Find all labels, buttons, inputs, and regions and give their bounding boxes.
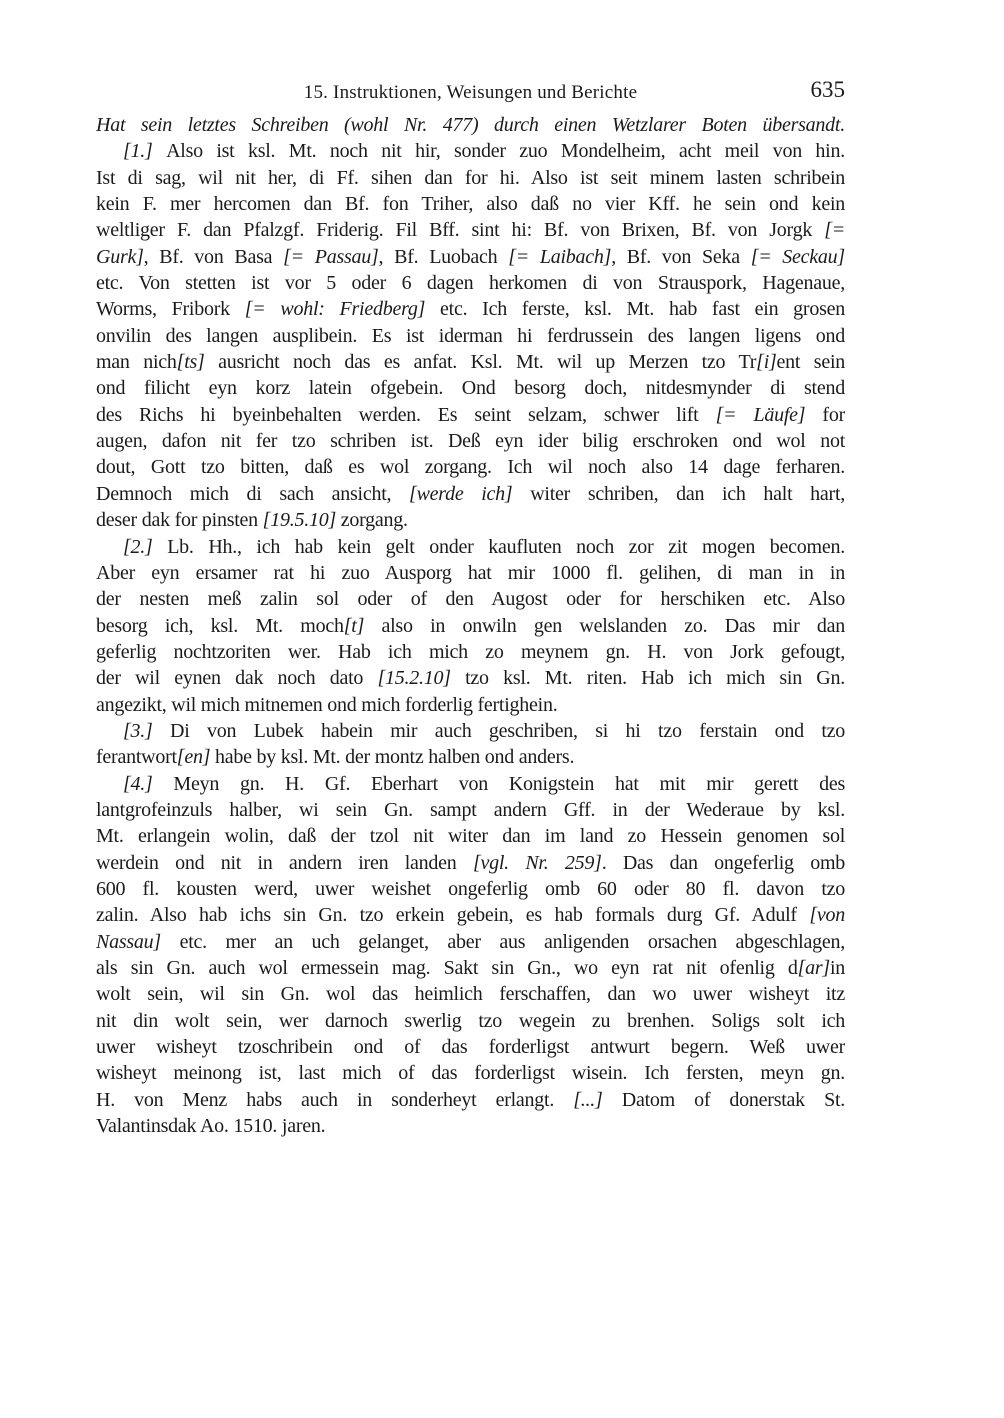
text-line: angezikt, wil mich mitnemen ond mich for… bbox=[96, 692, 845, 718]
text-line: Ist di sag, wil nit her, di Ff. sihen da… bbox=[96, 165, 845, 191]
text-line: der wil eynen dak noch dato [15.2.10] tz… bbox=[96, 665, 845, 691]
page-number: 635 bbox=[811, 76, 846, 104]
text-line: werdein ond nit in andern iren landen [v… bbox=[96, 850, 845, 876]
text-line: des Richs hi byeinbehalten werden. Es se… bbox=[96, 402, 845, 428]
text-line: [1.] Also ist ksl. Mt. noch nit hir, son… bbox=[96, 138, 845, 164]
text-line: weltliger F. dan Pfalzgf. Friderig. Fil … bbox=[96, 217, 845, 243]
text-line: Nassau] etc. mer an uch gelanget, aber a… bbox=[96, 929, 845, 955]
document-body: Hat sein letztes Schreiben (wohl Nr. 477… bbox=[96, 112, 845, 1139]
text-line: 600 fl. kousten werd, uwer weishet ongef… bbox=[96, 876, 845, 902]
text-line: zalin. Also hab ichs sin Gn. tzo erkein … bbox=[96, 902, 845, 928]
text-line: Gurk], Bf. von Basa [= Passau], Bf. Luob… bbox=[96, 244, 845, 270]
text-line: wisheyt meinong ist, last mich of das fo… bbox=[96, 1060, 845, 1086]
text-line: man nich[ts] ausricht noch das es anfat.… bbox=[96, 349, 845, 375]
text-line: deser dak for pinsten [19.5.10] zorgang. bbox=[96, 507, 845, 533]
text-line: Worms, Fribork [= wohl: Friedberg] etc. … bbox=[96, 296, 845, 322]
text-line: Mt. erlangein wolin, daß der tzol nit wi… bbox=[96, 823, 845, 849]
text-line: lantgrofeinzuls halber, wi sein Gn. samp… bbox=[96, 797, 845, 823]
text-line: ond filicht eyn korz latein ofgebein. On… bbox=[96, 375, 845, 401]
text-line: Demnoch mich di sach ansicht, [werde ich… bbox=[96, 481, 845, 507]
text-line: ferantwort[en] habe by ksl. Mt. der mont… bbox=[96, 744, 845, 770]
text-line: geferlig nochtzoriten wer. Hab ich mich … bbox=[96, 639, 845, 665]
text-line: Valantinsdak Ao. 1510. jaren. bbox=[96, 1113, 845, 1139]
text-line: onvilin des langen ausplibein. Es ist id… bbox=[96, 323, 845, 349]
book-page: 15. Instruktionen, Weisungen und Bericht… bbox=[0, 0, 1004, 1418]
text-line: wolt sein, wil sin Gn. wol das heimlich … bbox=[96, 981, 845, 1007]
text-line: besorg ich, ksl. Mt. moch[t] also in onw… bbox=[96, 613, 845, 639]
text-line: augen, dafon nit fer tzo schriben ist. D… bbox=[96, 428, 845, 454]
text-line: dout, Gott tzo bitten, daß es wol zorgan… bbox=[96, 454, 845, 480]
section-title: 15. Instruktionen, Weisungen und Bericht… bbox=[96, 80, 845, 106]
text-line: Hat sein letztes Schreiben (wohl Nr. 477… bbox=[96, 112, 845, 138]
text-line: etc. Von stetten ist vor 5 oder 6 dagen … bbox=[96, 270, 845, 296]
text-line: nit din wolt sein, wer darnoch swerlig t… bbox=[96, 1008, 845, 1034]
page-header: 15. Instruktionen, Weisungen und Bericht… bbox=[96, 80, 845, 108]
text-line: als sin Gn. auch wol ermessein mag. Sakt… bbox=[96, 955, 845, 981]
text-line: der nesten meß zalin sol oder of den Aug… bbox=[96, 586, 845, 612]
text-line: [4.] Meyn gn. H. Gf. Eberhart von Konigs… bbox=[96, 771, 845, 797]
text-line: H. von Menz habs auch in sonderheyt erla… bbox=[96, 1087, 845, 1113]
text-line: uwer wisheyt tzoschribein ond of das for… bbox=[96, 1034, 845, 1060]
text-line: kein F. mer hercomen dan Bf. fon Triher,… bbox=[96, 191, 845, 217]
text-line: Aber eyn ersamer rat hi zuo Ausporg hat … bbox=[96, 560, 845, 586]
text-line: [2.] Lb. Hh., ich hab kein gelt onder ka… bbox=[96, 534, 845, 560]
text-line: [3.] Di von Lubek habein mir auch geschr… bbox=[96, 718, 845, 744]
